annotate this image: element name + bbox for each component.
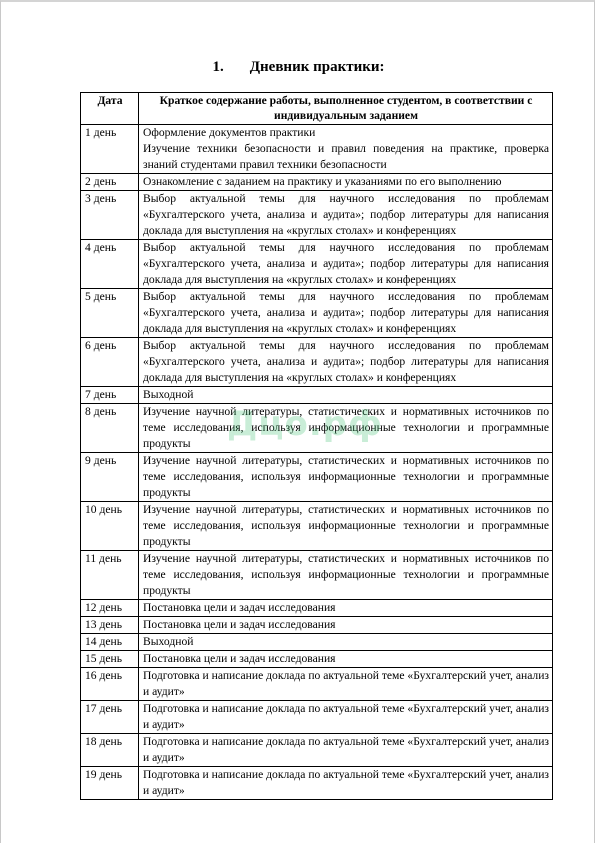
table-row: 13 деньПостановка цели и задач исследова… [81,617,553,634]
work-description-text: Выбор актуальной темы для научного иссле… [143,289,549,337]
day-cell: 8 день [81,404,139,453]
table-row: 4 деньВыбор актуальной темы для научного… [81,240,553,289]
work-description-text: Изучение научной литературы, статистичес… [143,453,549,501]
day-cell: 9 день [81,453,139,502]
work-description-text: Оформление документов практики [143,125,549,141]
day-cell: 16 день [81,668,139,701]
section-heading: 1.Дневник практики: [1,59,595,76]
work-description-text: Выбор актуальной темы для научного иссле… [143,338,549,386]
table-row: 2 деньОзнакомление с заданием на практик… [81,174,553,191]
table-row: 11 деньИзучение научной литературы, стат… [81,551,553,600]
work-description-cell: Изучение научной литературы, статистичес… [139,453,553,502]
header-content: Краткое содержание работы, выполненное с… [139,93,553,125]
work-description-cell: Выбор актуальной темы для научного иссле… [139,289,553,338]
section-title: Дневник практики: [250,59,385,75]
table-row: 14 деньВыходной [81,634,553,651]
work-description-cell: Постановка цели и задач исследования [139,617,553,634]
table-row: 12 деньПостановка цели и задач исследова… [81,600,553,617]
work-description-cell: Выходной [139,387,553,404]
work-description-text: Выходной [143,387,549,403]
work-description-text: Ознакомление с заданием на практику и ук… [143,174,549,190]
work-description-text: Выходной [143,634,549,650]
work-description-cell: Постановка цели и задач исследования [139,600,553,617]
table-row: 8 деньИзучение научной литературы, стати… [81,404,553,453]
work-description-cell: Постановка цели и задач исследования [139,651,553,668]
work-description-text: Выбор актуальной темы для научного иссле… [143,191,549,239]
work-description-cell: Оформление документов практикиИзучение т… [139,125,553,174]
work-description-cell: Подготовка и написание доклада по актуал… [139,668,553,701]
work-description-text: Подготовка и написание доклада по актуал… [143,734,549,766]
day-cell: 2 день [81,174,139,191]
table-row: 3 деньВыбор актуальной темы для научного… [81,191,553,240]
day-cell: 1 день [81,125,139,174]
day-cell: 17 день [81,701,139,734]
table-row: 7 деньВыходной [81,387,553,404]
table-row: 17 деньПодготовка и написание доклада по… [81,701,553,734]
table-body: 1 деньОформление документов практикиИзуч… [81,125,553,800]
table-row: 1 деньОформление документов практикиИзуч… [81,125,553,174]
work-description-cell: Ознакомление с заданием на практику и ук… [139,174,553,191]
work-description-text: Изучение научной литературы, статистичес… [143,551,549,599]
work-description-text: Подготовка и написание доклада по актуал… [143,767,549,799]
work-description-cell: Подготовка и написание доклада по актуал… [139,767,553,800]
work-description-text: Изучение техники безопасности и правил п… [143,141,549,173]
day-cell: 7 день [81,387,139,404]
day-cell: 5 день [81,289,139,338]
day-cell: 12 день [81,600,139,617]
table-row: 19 деньПодготовка и написание доклада по… [81,767,553,800]
table-row: 9 деньИзучение научной литературы, стати… [81,453,553,502]
work-description-text: Постановка цели и задач исследования [143,651,549,667]
work-description-text: Подготовка и написание доклада по актуал… [143,701,549,733]
day-cell: 14 день [81,634,139,651]
practice-diary-table: Дата Краткое содержание работы, выполнен… [80,92,553,800]
document-page: 1.Дневник практики: Дата Краткое содержа… [0,0,595,843]
work-description-text: Выбор актуальной темы для научного иссле… [143,240,549,288]
section-number: 1. [212,59,223,76]
work-description-cell: Выходной [139,634,553,651]
day-cell: 19 день [81,767,139,800]
day-cell: 11 день [81,551,139,600]
work-description-text: Изучение научной литературы, статистичес… [143,502,549,550]
day-cell: 18 день [81,734,139,767]
day-cell: 13 день [81,617,139,634]
work-description-cell: Подготовка и написание доклада по актуал… [139,734,553,767]
work-description-cell: Изучение научной литературы, статистичес… [139,502,553,551]
work-description-cell: Изучение научной литературы, статистичес… [139,551,553,600]
work-description-text: Изучение научной литературы, статистичес… [143,404,549,452]
work-description-cell: Выбор актуальной темы для научного иссле… [139,191,553,240]
work-description-cell: Подготовка и написание доклада по актуал… [139,701,553,734]
day-cell: 4 день [81,240,139,289]
day-cell: 6 день [81,338,139,387]
table-header-row: Дата Краткое содержание работы, выполнен… [81,93,553,125]
work-description-cell: Изучение научной литературы, статистичес… [139,404,553,453]
work-description-cell: Выбор актуальной темы для научного иссле… [139,240,553,289]
work-description-text: Подготовка и написание доклада по актуал… [143,668,549,700]
work-description-text: Постановка цели и задач исследования [143,617,549,633]
table-row: 18 деньПодготовка и написание доклада по… [81,734,553,767]
work-description-cell: Выбор актуальной темы для научного иссле… [139,338,553,387]
day-cell: 10 день [81,502,139,551]
table-row: 10 деньИзучение научной литературы, стат… [81,502,553,551]
table-row: 5 деньВыбор актуальной темы для научного… [81,289,553,338]
work-description-text: Постановка цели и задач исследования [143,600,549,616]
table-row: 6 деньВыбор актуальной темы для научного… [81,338,553,387]
table-row: 15 деньПостановка цели и задач исследова… [81,651,553,668]
day-cell: 3 день [81,191,139,240]
day-cell: 15 день [81,651,139,668]
header-date: Дата [81,93,139,125]
table-row: 16 деньПодготовка и написание доклада по… [81,668,553,701]
